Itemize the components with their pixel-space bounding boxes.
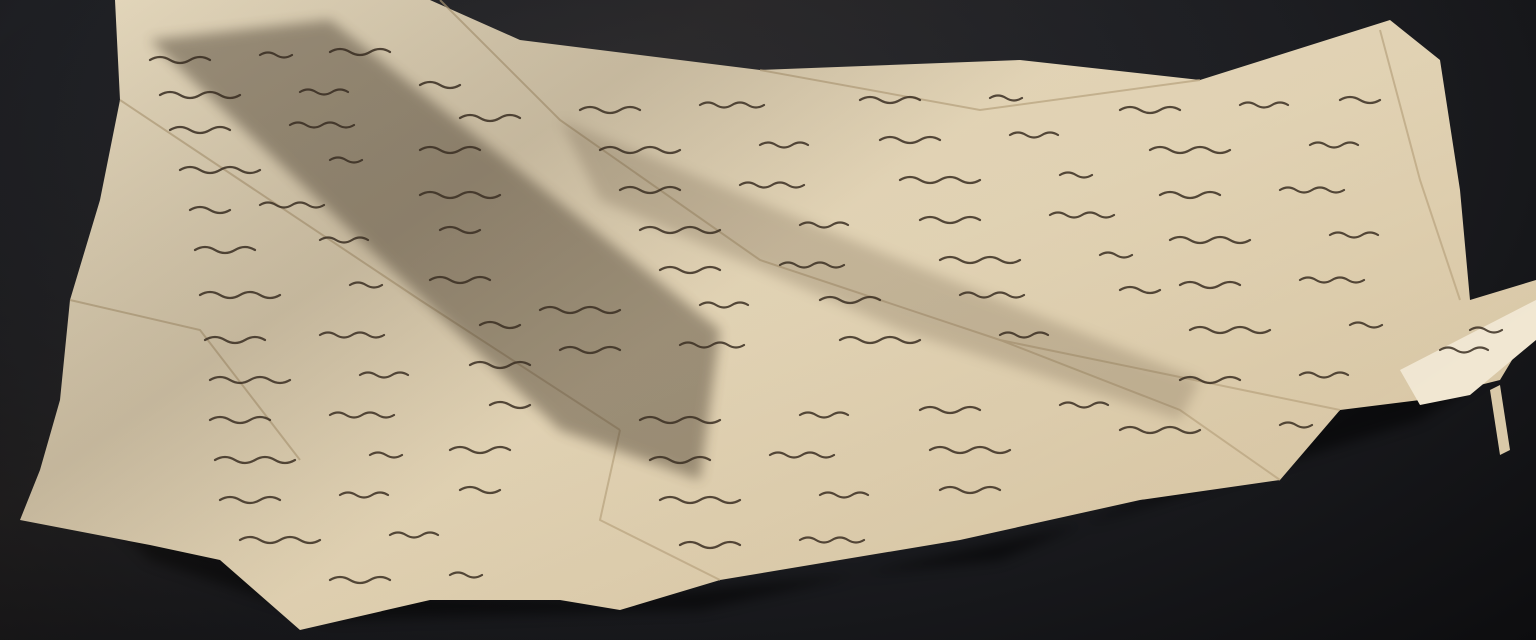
crumpled-letter xyxy=(0,0,1536,640)
photo-scene xyxy=(0,0,1536,640)
light-overlay xyxy=(0,0,1536,640)
